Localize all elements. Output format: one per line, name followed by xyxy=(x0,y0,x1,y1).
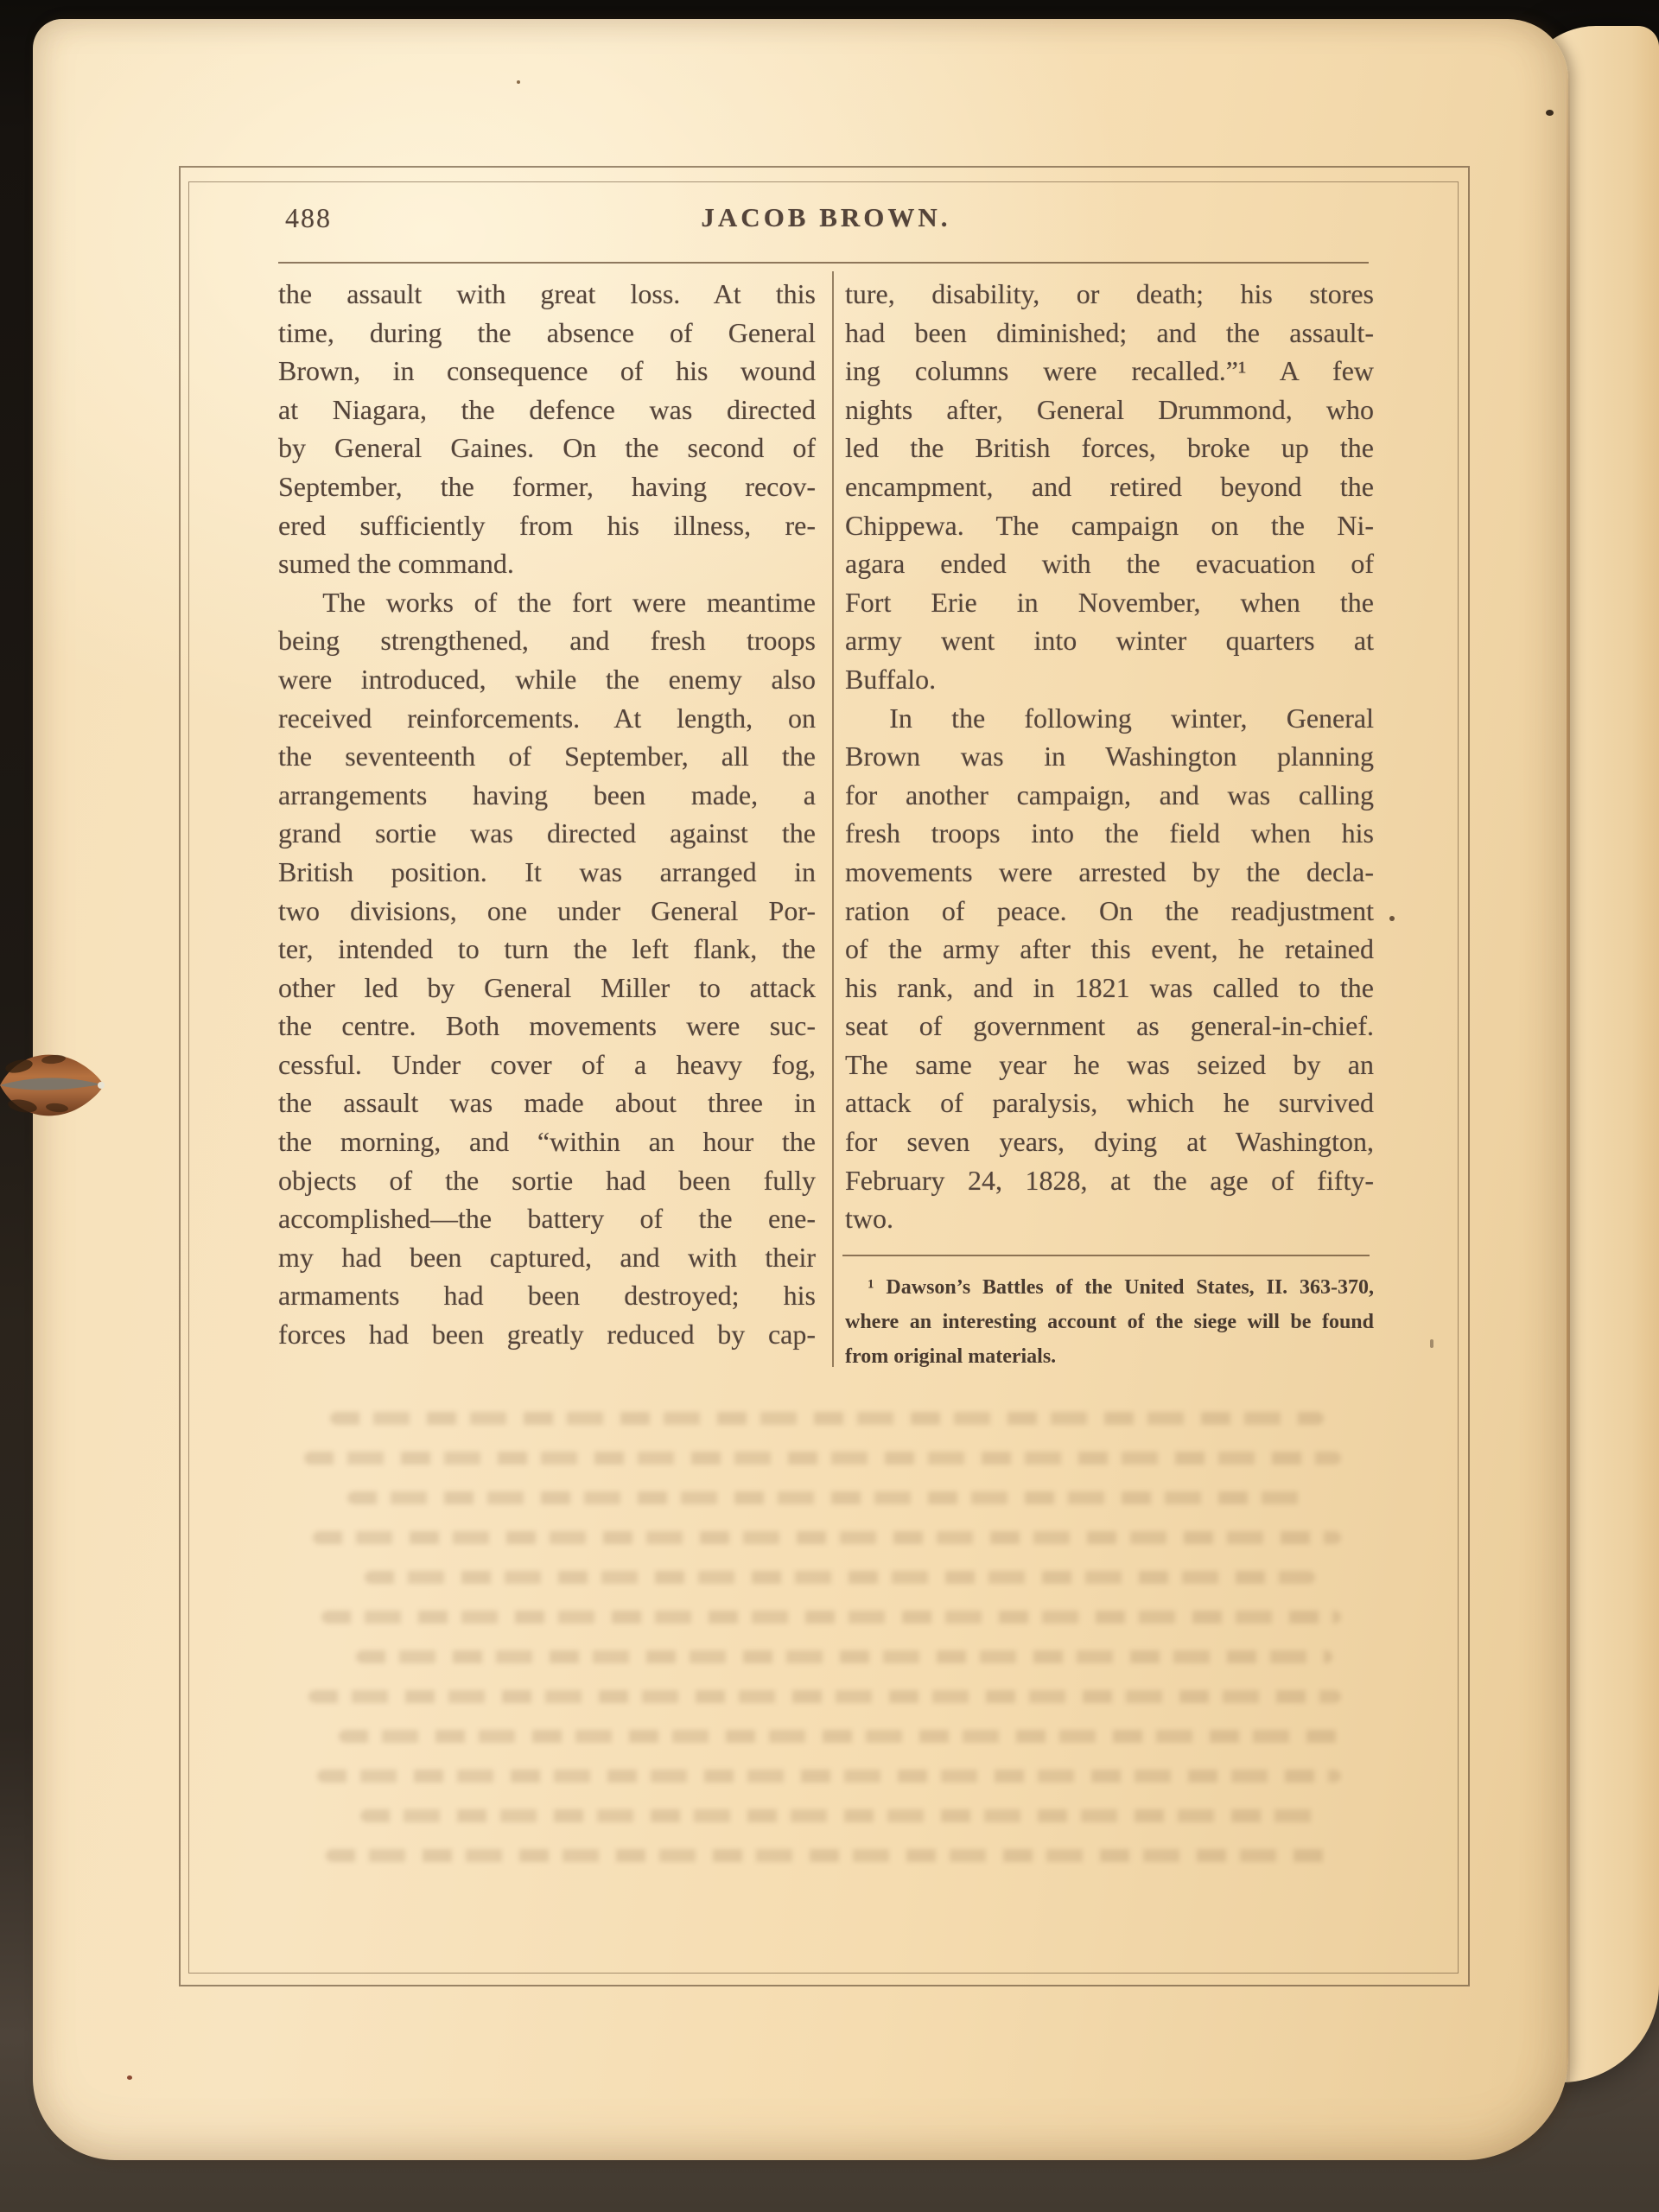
text-line: the assault with great loss. At this xyxy=(278,275,816,314)
text-line: ered sufficiently from his illness, re- xyxy=(278,506,816,545)
text-line: had been diminished; and the assault- xyxy=(845,314,1374,353)
text-line: time, during the absence of General xyxy=(278,314,816,353)
footnote-rule xyxy=(842,1255,1370,1256)
text-line: seat of government as general-in-chief. xyxy=(845,1007,1374,1046)
text-line: Buffalo. xyxy=(845,660,1374,699)
text-line: sumed the command. xyxy=(278,544,816,583)
text-line: by General Gaines. On the second of xyxy=(278,429,816,467)
text-line: grand sortie was directed against the xyxy=(278,814,816,853)
text-line: for another campaign, and was calling xyxy=(845,776,1374,815)
text-line: encampment, and retired beyond the xyxy=(845,467,1374,506)
text-line: ing columns were recalled.”¹ A few xyxy=(845,352,1374,391)
text-line: September, the former, having recov- xyxy=(278,467,816,506)
text-line: cessful. Under cover of a heavy fog, xyxy=(278,1046,816,1084)
text-line: my had been captured, and with their xyxy=(278,1238,816,1277)
show-through-text xyxy=(278,1407,1374,1908)
text-line: February 24, 1828, at the age of fifty- xyxy=(845,1161,1374,1200)
text-line: ration of peace. On the readjustment xyxy=(845,892,1374,931)
footnote: ¹ Dawson’s Battles of the United States,… xyxy=(845,1270,1374,1374)
text-line: ter, intended to turn the left flank, th… xyxy=(278,930,816,969)
page-header: 488 JACOB BROWN. xyxy=(278,202,1374,245)
text-line: attack of paralysis, which he survived xyxy=(845,1084,1374,1122)
dust-speck xyxy=(1546,110,1554,116)
dust-speck xyxy=(1389,916,1395,921)
dust-speck xyxy=(517,80,520,84)
text-line: armaments had been destroyed; his xyxy=(278,1276,816,1315)
header-rule xyxy=(278,262,1369,264)
text-line: the assault was made about three in xyxy=(278,1084,816,1122)
text-line: agara ended with the evacuation of xyxy=(845,544,1374,583)
text-line: at Niagara, the defence was directed xyxy=(278,391,816,429)
text-line: his rank, and in 1821 was called to the xyxy=(845,969,1374,1007)
text-line: The same year he was seized by an xyxy=(845,1046,1374,1084)
text-line: Brown was in Washington planning xyxy=(845,737,1374,776)
text-line: for seven years, dying at Washington, xyxy=(845,1122,1374,1161)
text-line: arrangements having been made, a xyxy=(278,776,816,815)
footnote-line: where an interesting account of the sieg… xyxy=(845,1305,1374,1339)
text-line: objects of the sortie had been fully xyxy=(278,1161,816,1200)
text-line: fresh troops into the field when his xyxy=(845,814,1374,853)
dust-speck xyxy=(127,2075,132,2080)
text-line: led the British forces, broke up the xyxy=(845,429,1374,467)
book-clasp-icon xyxy=(0,1046,107,1125)
text-line: forces had been greatly reduced by cap- xyxy=(278,1315,816,1354)
left-column: the assault with great loss. At this tim… xyxy=(278,275,816,1354)
text-line: the morning, and “within an hour the xyxy=(278,1122,816,1161)
text-line: received reinforcements. At length, on xyxy=(278,699,816,738)
text-line: Brown, in consequence of his wound xyxy=(278,352,816,391)
text-line: The works of the fort were meantime xyxy=(278,583,816,622)
text-line: two divisions, one under General Por- xyxy=(278,892,816,931)
right-column: ture, disability, or death; his stores h… xyxy=(845,275,1374,1238)
text-line: accomplished—the battery of the ene- xyxy=(278,1199,816,1238)
text-line: being strengthened, and fresh troops xyxy=(278,621,816,660)
text-line: nights after, General Drummond, who xyxy=(845,391,1374,429)
text-line: of the army after this event, he retaine… xyxy=(845,930,1374,969)
footnote-line: ¹ Dawson’s Battles of the United States,… xyxy=(845,1270,1374,1305)
text-line: army went into winter quarters at xyxy=(845,621,1374,660)
dust-speck xyxy=(1430,1339,1433,1348)
text-line: ture, disability, or death; his stores xyxy=(845,275,1374,314)
column-divider xyxy=(832,271,834,1367)
text-line: other led by General Miller to attack xyxy=(278,969,816,1007)
text-line: movements were arrested by the decla- xyxy=(845,853,1374,892)
text-line: Fort Erie in November, when the xyxy=(845,583,1374,622)
text-line: were introduced, while the enemy also xyxy=(278,660,816,699)
text-line: Chippewa. The campaign on the Ni- xyxy=(845,506,1374,545)
text-line: two. xyxy=(845,1199,1374,1238)
text-line: In the following winter, General xyxy=(845,699,1374,738)
text-line: the centre. Both movements were suc- xyxy=(278,1007,816,1046)
text-line: the seventeenth of September, all the xyxy=(278,737,816,776)
footnote-line: from original materials. xyxy=(845,1339,1374,1374)
book-page: 488 JACOB BROWN. the assault with great … xyxy=(33,19,1568,2160)
running-title: JACOB BROWN. xyxy=(278,202,1374,233)
text-line: British position. It was arranged in xyxy=(278,853,816,892)
